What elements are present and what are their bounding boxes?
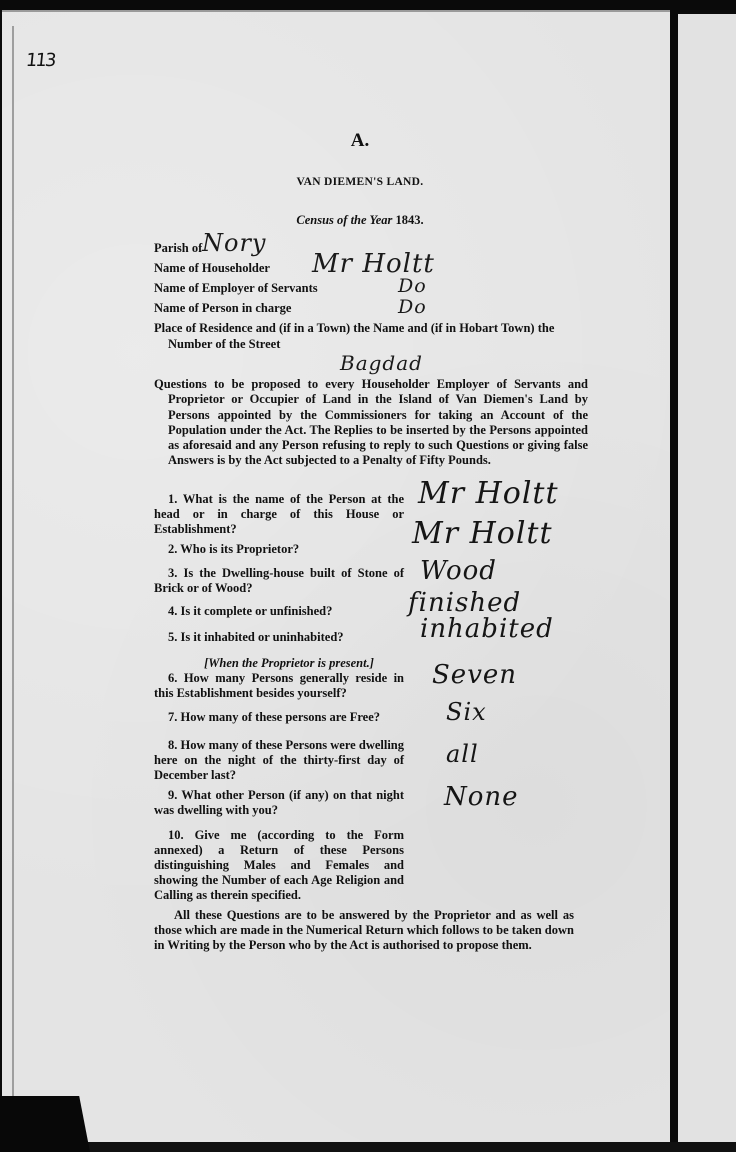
answer-5-handwritten: inhabited [420,614,554,644]
field-employer: Name of Employer of Servants Do [154,280,594,300]
field-value-handwritten: Bagdad [340,350,423,376]
census-year: 1843. [395,213,423,227]
colony-title: VAN DIEMEN'S LAND. [0,176,720,188]
question-6: [When the Proprietor is present.] 6. How… [154,656,404,701]
scan-corner-shadow [0,1096,90,1152]
field-householder: Name of Householder Mr Holtt [154,260,594,280]
question-number: 4. [154,604,177,618]
question-number: 8. [154,738,177,752]
question-1: 1. What is the name of the Person at the… [154,492,404,537]
question-2: 2. Who is its Proprietor? [154,542,404,557]
question-text: How many of these persons are Free? [181,710,381,724]
question-number: 1. [154,492,177,506]
answer-6-handwritten: Seven [432,660,517,690]
question-number: 2. [154,542,177,556]
answer-7-handwritten: Six [446,698,487,726]
page-left-edge-line [12,26,14,1136]
question-3: 3. Is the Dwelling-house built of Stone … [154,566,404,596]
folio-number: 113 [25,50,56,71]
answer-1-handwritten: Mr Holtt [418,476,559,511]
question-5: 5. Is it inhabited or uninhabited? [154,630,404,645]
question-text: Is it complete or unfinished? [181,604,333,618]
census-title-prefix: Census of the Year [296,213,392,227]
question-text: How many Persons generally reside in thi… [154,671,404,700]
question-text: Give me (according to the Form annexed) … [154,828,404,902]
question-text: How many of these Persons were dwelling … [154,738,404,782]
question-text: Is the Dwelling-house built of Stone of … [154,566,404,595]
question-4: 4. Is it complete or unfinished? [154,604,404,619]
instructions-preamble: Questions to be proposed to every Househ… [154,377,588,469]
census-title: Census of the Year 1843. [0,213,720,228]
question-number: 6. [154,671,177,685]
question-number: 5. [154,630,177,644]
question-number: 3. [154,566,177,580]
answer-9-handwritten: None [444,782,519,812]
field-value-handwritten: Nory [202,228,266,259]
field-person-in-charge: Name of Person in charge Do [154,300,594,320]
question-text: What is the name of the Person at the he… [154,492,404,536]
schedule-letter: A. [0,130,720,152]
question-7: 7. How many of these persons are Free? [154,710,404,725]
field-label: Name of Person in charge [154,301,291,315]
field-label: Place of Residence and (if in a Town) th… [154,321,554,351]
answer-2-handwritten: Mr Holtt [412,516,553,551]
field-label: Parish of [154,241,202,255]
question-text: Who is its Proprietor? [180,542,299,556]
question-number: 10. [154,828,184,842]
question-number: 9. [154,788,177,802]
question-10: 10. Give me (according to the Form annex… [154,828,404,903]
question-text: Is it inhabited or uninhabited? [181,630,344,644]
question-8: 8. How many of these Persons were dwelli… [154,738,404,783]
answer-8-handwritten: all [446,740,479,768]
household-fields: Parish of Nory Name of Householder Mr Ho… [154,240,594,353]
scan-bottom-border [0,1142,736,1152]
field-residence: Place of Residence and (if in a Town) th… [154,320,598,353]
answer-3-handwritten: Wood [420,556,497,586]
closing-instructions: All these Questions are to be answered b… [154,908,574,953]
question-number: 7. [154,710,177,724]
field-label: Name of Employer of Servants [154,281,318,295]
question-text: What other Person (if any) on that night… [154,788,404,817]
book-gutter [670,0,678,1152]
proprietor-present-note: [When the Proprietor is present.] [154,656,404,671]
field-value-handwritten: Do [398,295,427,320]
field-label: Name of Householder [154,261,270,275]
question-9: 9. What other Person (if any) on that ni… [154,788,404,818]
